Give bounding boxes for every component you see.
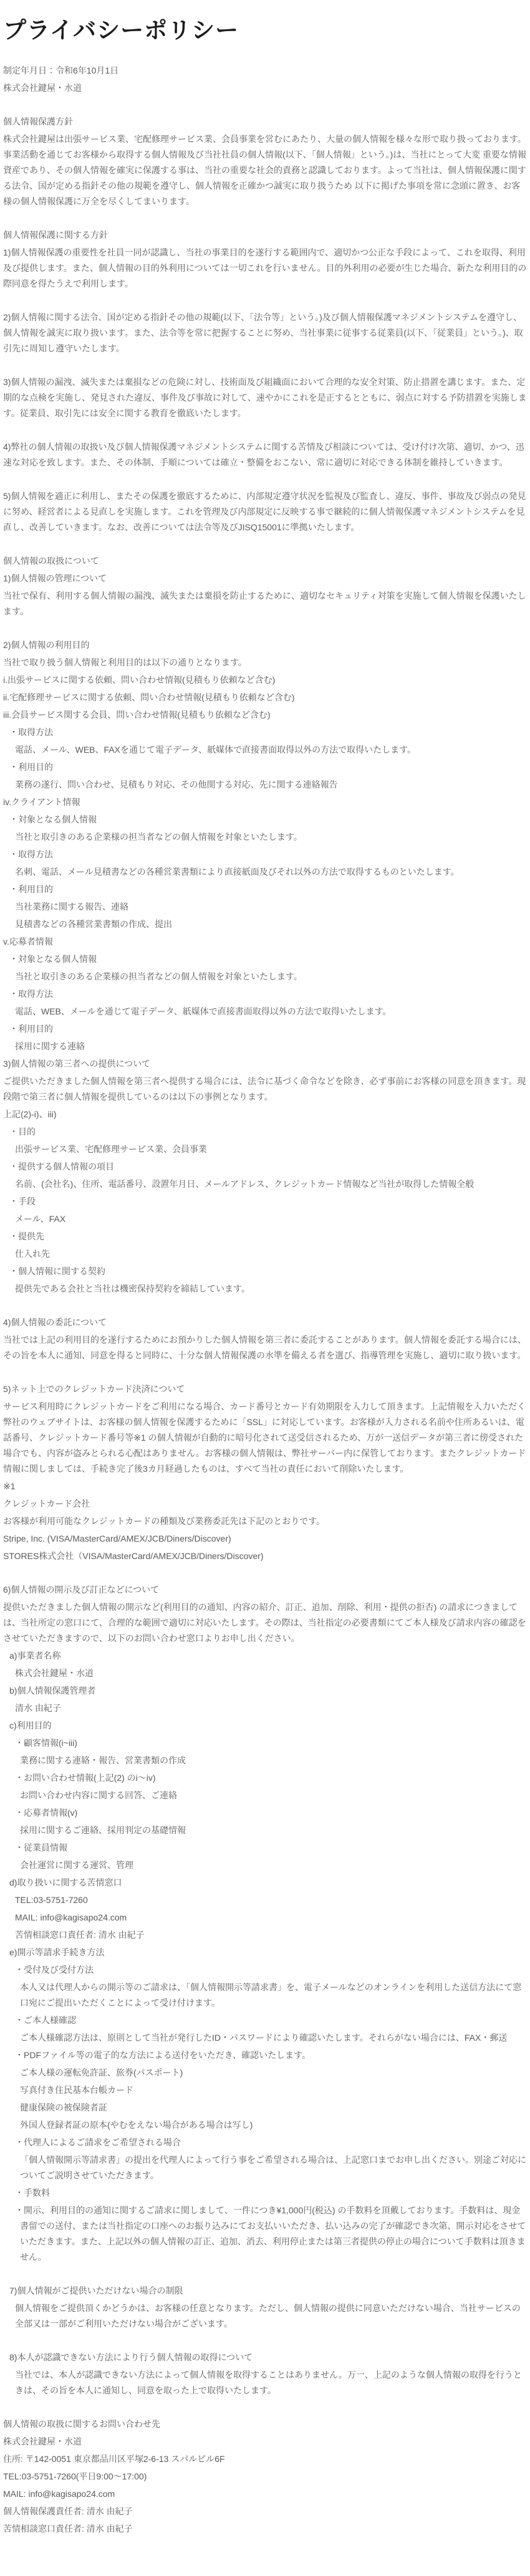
subsection-heading: 4)個人情報の委託について [2, 1315, 527, 1330]
doc-paragraph: 当社では、本人が認識できない方法によって個人情報を取得することはありません。万一… [2, 2367, 527, 2398]
doc-paragraph: 当社では上記の利用目的を遂行するためにお預かりした個人情報を第三者に委託すること… [2, 1332, 527, 1363]
card-processor: Stripe, Inc. (VISA/MasterCard/AMEX/JCB/D… [2, 1531, 527, 1547]
doc-line: 採用に関する連絡 [2, 1039, 527, 1054]
doc-line: ・利用目的 [2, 760, 527, 775]
subsection-heading: 3)個人情報の第三者への提供について [2, 1056, 527, 1072]
doc-line: a)事業者名称 [2, 1648, 527, 1664]
contact-tel: TEL:03-5751-7260(平日9:00～17:00) [2, 2469, 527, 2484]
doc-paragraph: 2)個人情報に関する法令、国が定める指針その他の規範(以下、「法令等」という。)… [2, 310, 527, 356]
subsection-heading: 5)ネット上でのクレジットカード決済について [2, 1381, 527, 1397]
doc-line: 出張サービス業、宅配修理サービス業、会員事業 [2, 1142, 527, 1157]
spacer [2, 1299, 527, 1315]
spacer [2, 1365, 527, 1381]
doc-line: ・従業員情報 [2, 1840, 527, 1856]
doc-line: 当社と取引きのある企業様の担当者などの個人情報を対象といたします。 [2, 829, 527, 845]
doc-line: 見積書などの各種営業書類の作成、提出 [2, 917, 527, 932]
section-heading-privacy-policy: 個人情報保護方針 [2, 114, 527, 130]
doc-line: c)利用目的 [2, 1718, 527, 1734]
doc-line: 名刺、電話、メール見積書などの各種営業書類により直接紙面及びそれ以外の方法で取得… [2, 864, 527, 880]
spacer [2, 423, 527, 439]
subsection-heading: 6)個人情報の開示及び訂正などについて [2, 1582, 527, 1598]
contact-company: 株式会社鍵屋・水道 [2, 2434, 527, 2450]
spacer [2, 621, 527, 637]
policy-body: 制定年月日：令和6年10月1日株式会社鍵屋・水道個人情報保護方針株式会社鍵屋は出… [2, 63, 527, 2537]
doc-line: ・ご本人様確認 [2, 2013, 527, 2028]
established-date: 制定年月日：令和6年10月1日 [2, 63, 527, 79]
doc-line: ・取得方法 [2, 986, 527, 1002]
spacer [2, 2334, 527, 2350]
doc-line: ・受付及び受付方法 [2, 1962, 527, 1978]
contact-address: 住所: 〒142-0051 東京都品川区平塚2-6-13 スパルビル6F [2, 2451, 527, 2467]
doc-paragraph: 提供いただきました個人情報の開示など(利用目的の通知、内容の紹介、訂正、追加、削… [2, 1600, 527, 1646]
doc-line: 健康保険の被保険者証 [2, 2100, 527, 2116]
spacer [2, 472, 527, 489]
doc-line: クレジットカード会社 [2, 1496, 527, 1512]
doc-line: ・お問い合わせ情報(上記(2) のi～iv) [2, 1770, 527, 1786]
doc-line: ・開示、利用目的の通知に関するご請求に関しまして、一件につき¥1,000円(税込… [2, 2203, 527, 2265]
doc-line: v.応募者情報 [2, 934, 527, 950]
doc-line: 提供先である会社と当社は機密保持契約を締結しています。 [2, 1281, 527, 1297]
doc-line: ・提供先 [2, 1229, 527, 1244]
doc-paragraph: 1)個人情報保護の重要性を社員一同が認識し、当社の事業目的を遂行する範囲内で、適… [2, 245, 527, 292]
company-name: 株式会社鍵屋・水道 [2, 80, 527, 96]
spacer [2, 358, 527, 374]
doc-line: d)取り扱いに関する苦情窓口 [2, 1875, 527, 1891]
doc-line: ii.宅配修理サービスに関する依頼、問い合わせ情報(見積もり依頼など含む) [2, 690, 527, 705]
doc-line: ご本人様の運転免許証、旅券(パスポート) [2, 2065, 527, 2081]
doc-paragraph: 5)個人情報を適正に利用し、またその保護を徹底するために、内部規定遵守状況を監視… [2, 489, 527, 535]
doc-line: 業務の遂行、問い合わせ、見積もり対応、その他関する対応、先に関する連絡報告 [2, 777, 527, 793]
policy-document: プライバシーポリシー 制定年月日：令和6年10月1日株式会社鍵屋・水道個人情報保… [0, 0, 530, 2576]
doc-line: b)個人情報保護管理者 [2, 1683, 527, 1699]
doc-line: ・手数料 [2, 2185, 527, 2201]
doc-line: ・取得方法 [2, 725, 527, 740]
doc-line: e)開示等請求手続き方法 [2, 1945, 527, 1960]
complaint-mail: MAIL: info@kagisapo24.com [2, 1910, 527, 1925]
doc-line: 名前、(会社名)、住所、電話番号、設置年月日、メールアドレス、クレジットカード情… [2, 1176, 527, 1192]
doc-line: 外国人登録者証の原本(やむをえない場合がある場合は写し) [2, 2117, 527, 2133]
doc-line: ・代理人によるご請求をご希望される場合 [2, 2135, 527, 2150]
doc-paragraph: 当社で保有、利用する個人情報の漏洩、滅失または棄損を防止するために、適切なセキュ… [2, 588, 527, 619]
doc-paragraph: 本人又は代理人からの開示等のご請求は、「個人情報開示等請求書」を、電子メールなど… [2, 1980, 527, 2011]
doc-line: 当社で取り扱う個人情報と利用目的は以下の通りとなります。 [2, 655, 527, 670]
subsection-heading: 8)本人が認識できない方法により行う個人情報の取得について [2, 2350, 527, 2365]
section-heading-handling: 個人情報の取扱について [2, 553, 527, 569]
doc-line: 清水 由紀子 [2, 1701, 527, 1716]
subsection-heading: 7)個人情報がご提供いただけない場合の制限 [2, 2283, 527, 2299]
doc-line: お問い合わせ内容に関する回答、ご連絡 [2, 1788, 527, 1803]
doc-line: 写真付き住民基本台帳カード [2, 2082, 527, 2098]
doc-line: 業務に関する連絡・報告、営業書類の作成 [2, 1753, 527, 1768]
doc-line: ※1 [2, 1479, 527, 1494]
card-processor: STORES株式会社（VISA/MasterCard/AMEX/JCB/Dine… [2, 1548, 527, 1564]
doc-paragraph: 株式会社鍵屋は出張サービス業、宅配修理サービス業、会員事業を営むにあたり、大量の… [2, 131, 527, 209]
doc-line: ・手段 [2, 1194, 527, 1209]
doc-line: ご本人様確認方法は、原則として当社が発行したID・パスワードにより確認いたします… [2, 2030, 527, 2046]
section-heading-policy-items: 個人情報保護に関する方針 [2, 227, 527, 243]
contact-heading: 個人情報の取扱に関するお問い合わせ先 [2, 2416, 527, 2432]
doc-line: ・目的 [2, 1124, 527, 1140]
complaint-tel: TEL:03-5751-7260 [2, 1892, 527, 1908]
doc-line: お客様が利用可能なクレジットカードの種類及び業務委託先は下記のとおりです。 [2, 1514, 527, 1529]
doc-line: 当社業務に関する報告、連絡 [2, 899, 527, 915]
doc-line: メール、FAX [2, 1211, 527, 1227]
doc-line: ・提供する個人情報の項目 [2, 1159, 527, 1175]
doc-line: ・応募者情報(v) [2, 1805, 527, 1821]
doc-line: ・個人情報に関する契約 [2, 1264, 527, 1279]
doc-line: 仕入れ先 [2, 1246, 527, 1262]
subsection-heading: 2)個人情報の利用目的 [2, 637, 527, 653]
doc-line: 電話、メール、WEB、FAXを通じて電子データ、紙媒体で直接書面取得以外の方法で… [2, 742, 527, 758]
doc-line: 会社運営に関する運営、管理 [2, 1858, 527, 1873]
spacer [2, 537, 527, 553]
doc-paragraph: ご提供いただきました個人情報を第三者へ提供する場合には、法令に基づく命令などを除… [2, 1074, 527, 1105]
contact-mail: MAIL: info@kagisapo24.com [2, 2486, 527, 2502]
doc-line: iii.会員サービス関する会員、問い合わせ情報(見積もり依頼など含む) [2, 707, 527, 723]
doc-line: ・取得方法 [2, 847, 527, 862]
doc-paragraph: 「個人情報開示等請求書」の提出を代理人によって行う事をご希望される場合は、上記窓… [2, 2152, 527, 2183]
spacer [2, 98, 527, 114]
spacer [2, 293, 527, 310]
doc-line: ・顧客情報(i~iii) [2, 1735, 527, 1751]
spacer [2, 2267, 527, 2283]
page-title: プライバシーポリシー [3, 17, 527, 44]
doc-line: iv.クライアント情報 [2, 794, 527, 810]
doc-line: 当社と取引きのある企業様の担当者などの個人情報を対象といたします。 [2, 969, 527, 985]
spacer [2, 211, 527, 227]
doc-paragraph: 4)弊社の個人情報の取扱い及び個人情報保護マネジメントシステムに関する苦情及び相… [2, 439, 527, 470]
doc-line: ・PDFファイル等の電子的な方法による送付をいただき、確認いたします。 [2, 2048, 527, 2063]
doc-line: 上記(2)-i)、iii) [2, 1107, 527, 1122]
doc-line: 採用に関するご連絡、採用判定の基礎情報 [2, 1823, 527, 1838]
doc-line: i.出張サービスに関する依頼、問い合わせ情報(見積もり依頼など含む) [2, 672, 527, 688]
privacy-officer: 個人情報保護責任者: 清水 由紀子 [2, 2504, 527, 2519]
doc-paragraph: サービス利用時にクレジットカードをご利用になる場合、カード番号とカード有効期限を… [2, 1399, 527, 1477]
doc-line: 株式会社鍵屋・水道 [2, 1666, 527, 1681]
doc-line: 電話、WEB、メールを通じて電子データ、紙媒体で直接書面取得以外の方法で取得いた… [2, 1004, 527, 1019]
doc-line: ・対象となる個人情報 [2, 812, 527, 828]
doc-paragraph: 3)個人情報の漏洩、滅失または棄損などの危険に対し、技術面及び組織面において合理… [2, 374, 527, 421]
doc-line: ・利用目的 [2, 882, 527, 897]
complaint-officer: 苦情相談窓口責任者: 清水 由紀子 [2, 2521, 527, 2537]
spacer [2, 2400, 527, 2416]
spacer [2, 1566, 527, 1582]
subsection-heading: 1)個人情報の管理について [2, 571, 527, 586]
doc-line: ・対象となる個人情報 [2, 952, 527, 967]
complaint-officer: 苦情相談窓口責任者: 清水 由紀子 [2, 1927, 527, 1943]
doc-line: ・利用目的 [2, 1021, 527, 1037]
doc-paragraph: 個人情報をご提供頂くかどうかは、お客様の任意となります。ただし、個人情報の提供に… [2, 2301, 527, 2332]
